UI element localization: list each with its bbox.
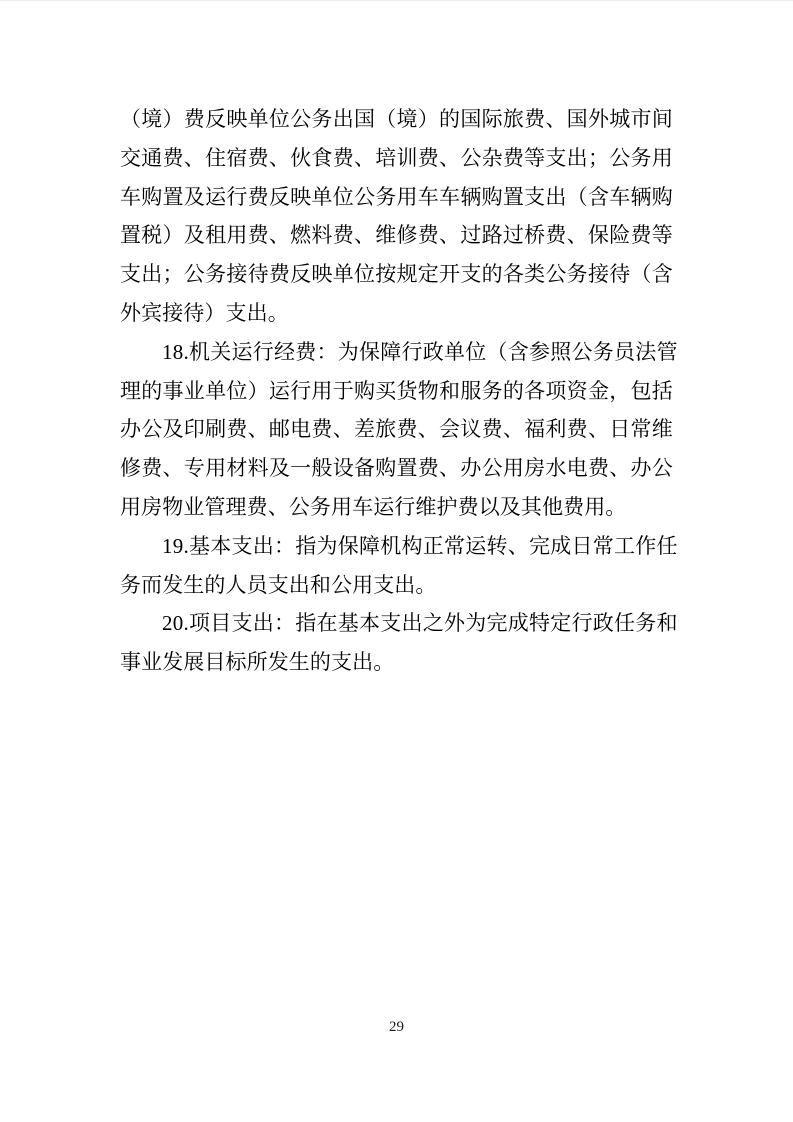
text-line: 办公及印刷费、邮电费、差旅费、会议费、福利费、日常维 — [120, 410, 673, 449]
document-page: （境）费反映单位公务出国（境）的国际旅费、国外城市间交通费、住宿费、伙食费、培训… — [0, 0, 793, 1122]
text-line: 事业发展目标所发生的支出。 — [120, 643, 673, 682]
paragraph: 20.项目支出：指在基本支出之外为完成特定行政任务和事业发展目标所发生的支出。 — [120, 604, 673, 682]
paragraph: 18.机关运行经费：为保障行政单位（含参照公务员法管理的事业单位）运行用于购买货… — [120, 333, 673, 527]
paragraph: 19.基本支出：指为保障机构正常运转、完成日常工作任务而发生的人员支出和公用支出… — [120, 527, 673, 605]
text-line: 用房物业管理费、公务用车运行维护费以及其他费用。 — [120, 488, 673, 527]
text-line: 交通费、住宿费、伙食费、培训费、公杂费等支出；公务用 — [120, 139, 673, 178]
text-line: 车购置及运行费反映单位公务用车车辆购置支出（含车辆购 — [120, 178, 673, 217]
text-line: 置税）及租用费、燃料费、维修费、过路过桥费、保险费等 — [120, 216, 673, 255]
text-line: 外宾接待）支出。 — [120, 294, 673, 333]
page-number: 29 — [0, 1016, 793, 1038]
text-line: 修费、专用材料及一般设备购置费、办公用房水电费、办公 — [120, 449, 673, 488]
paragraph: （境）费反映单位公务出国（境）的国际旅费、国外城市间交通费、住宿费、伙食费、培训… — [120, 100, 673, 333]
text-line: 19.基本支出：指为保障机构正常运转、完成日常工作任 — [120, 527, 673, 566]
text-line: 理的事业单位）运行用于购买货物和服务的各项资金，包括 — [120, 372, 673, 411]
text-line: 务而发生的人员支出和公用支出。 — [120, 566, 673, 605]
text-line: 支出；公务接待费反映单位按规定开支的各类公务接待（含 — [120, 255, 673, 294]
text-line: 20.项目支出：指在基本支出之外为完成特定行政任务和 — [120, 604, 673, 643]
document-body: （境）费反映单位公务出国（境）的国际旅费、国外城市间交通费、住宿费、伙食费、培训… — [120, 100, 673, 682]
text-line: 18.机关运行经费：为保障行政单位（含参照公务员法管 — [120, 333, 673, 372]
text-line: （境）费反映单位公务出国（境）的国际旅费、国外城市间 — [120, 100, 673, 139]
